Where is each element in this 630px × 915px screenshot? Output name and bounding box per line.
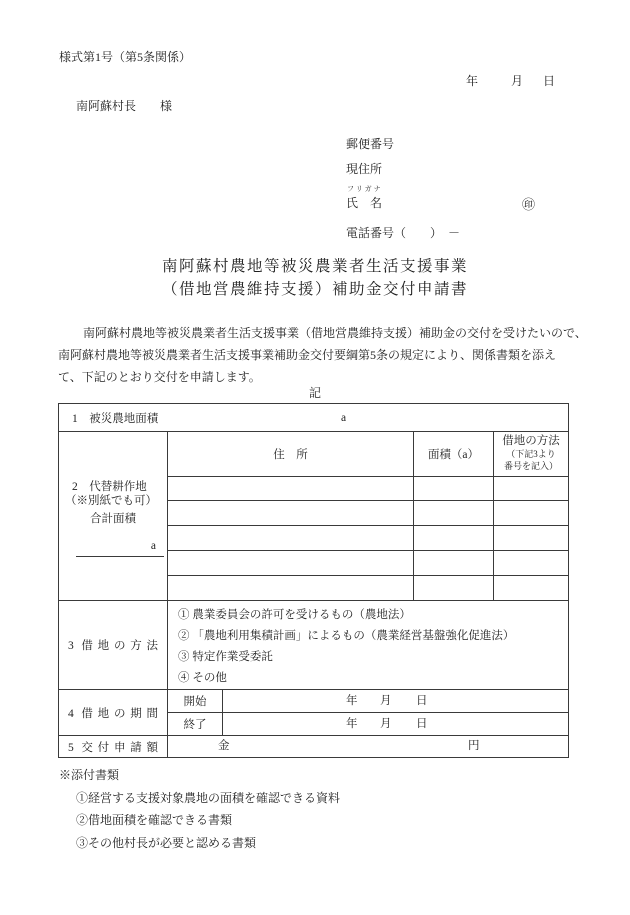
attachments-header: ※添付書類	[59, 766, 119, 783]
requested-amount-label: 5 交付申請額	[59, 739, 167, 755]
method-entry-cell	[494, 526, 569, 551]
method-entry-cell	[494, 501, 569, 526]
document-title: 南阿蘇村農地等被災農業者生活支援事業 （借地営農維持支援）補助金交付申請書	[0, 255, 630, 301]
damaged-farmland-row: 1 被災農地面積 a	[59, 404, 569, 432]
lease-end-date-cell: 年 月 日	[223, 713, 568, 735]
attachment-item: ①経営する支援対象農地の面積を確認できる資料	[76, 789, 340, 806]
damaged-farmland-label: 1 被災農地面積	[72, 410, 158, 426]
date-year-label: 年	[466, 72, 478, 89]
attachment-item: ③その他村長が必要と認める書類	[76, 834, 256, 851]
total-area-unit: a	[151, 540, 156, 552]
body-paragraph-line: 南阿蘇村農地等被災農業者生活支援事業（借地営農維持支援）補助金の交付を受けたいの…	[58, 322, 578, 344]
total-area-input-line: a	[76, 540, 164, 557]
document-title-line1: 南阿蘇村農地等被災農業者生活支援事業	[0, 255, 630, 278]
alternative-land-note: （※別紙でも可）	[65, 494, 157, 508]
address-entry-cell	[168, 576, 414, 601]
phone-number-label: 電話番号（ ） －	[346, 224, 460, 241]
address-entry-cell	[168, 476, 414, 501]
document-title-line2: （借地営農維持支援）補助金交付申請書	[0, 278, 630, 301]
date-month-label: 月	[380, 690, 392, 712]
current-address-label: 現住所	[346, 160, 382, 177]
postal-code-label: 郵便番号	[346, 135, 394, 152]
method-entry-cell	[494, 576, 569, 601]
record-mark: 記	[0, 384, 630, 401]
date-year-label: 年	[346, 690, 358, 712]
furigana-label: フリガナ	[347, 184, 383, 194]
date-day-label: 日	[543, 72, 555, 89]
attachment-item: ②借地面積を確認できる書類	[76, 811, 232, 828]
lease-method-option: ③ 特定作業受委託	[178, 647, 568, 668]
name-label: 氏 名	[346, 194, 382, 211]
area-entry-cell	[414, 576, 494, 601]
column-header-method: 借地の方法 （下記3より 番号を記入）	[494, 432, 569, 477]
lease-period-label: 4 借地の期間	[59, 705, 167, 721]
lease-method-options: ① 農業委員会の許可を受けるもの（農地法） ② 「農地利用集積計画」によるもの（…	[168, 601, 568, 689]
column-header-address: 住 所	[168, 432, 414, 477]
date-month-label: 月	[380, 713, 392, 735]
alternative-land-header-row: 2 代替耕作地 （※別紙でも可） 合計面積 a 住 所 面積（a） 借地の方法 …	[59, 432, 569, 477]
date-month-label: 月	[511, 72, 523, 89]
alternative-land-label-cell: 2 代替耕作地 （※別紙でも可） 合計面積 a	[59, 432, 167, 600]
lease-start-date-cell: 年 月 日	[223, 690, 568, 712]
body-paragraph-line: 南阿蘇村農地等被災農業者生活支援事業補助金交付要綱第5条の規定により、関係書類を…	[58, 344, 578, 366]
lease-method-option: ② 「農地利用集積計画」によるもの（農業経営基盤強化促進法）	[178, 626, 568, 647]
area-entry-cell	[414, 476, 494, 501]
amount-prefix-label: 金	[218, 736, 230, 757]
lease-method-option: ① 農業委員会の許可を受けるもの（農地法）	[178, 605, 568, 626]
method-entry-cell	[494, 551, 569, 576]
column-header-area: 面積（a）	[414, 432, 494, 477]
seal-stamp-icon: ㊞	[522, 194, 535, 213]
lease-period-start-row: 4 借地の期間 開始 年 月 日	[59, 690, 569, 713]
requested-amount-row: 5 交付申請額 金 円	[59, 736, 569, 758]
column-header-method-title: 借地の方法	[494, 435, 568, 448]
method-entry-cell	[494, 476, 569, 501]
addressee-line: 南阿蘇村長 様	[76, 97, 172, 114]
form-number: 様式第1号（第5条関係）	[59, 48, 191, 65]
date-day-label: 日	[416, 713, 428, 735]
column-header-method-note1: （下記3より	[494, 448, 568, 460]
total-area-label: 合計面積	[59, 510, 167, 526]
lease-method-option: ④ その他	[178, 668, 568, 689]
body-paragraph: 南阿蘇村農地等被災農業者生活支援事業（借地営農維持支援）補助金の交付を受けたいの…	[58, 322, 578, 388]
lease-method-row: 3 借地の方法 ① 農業委員会の許可を受けるもの（農地法） ② 「農地利用集積計…	[59, 601, 569, 690]
column-header-method-note2: 番号を記入）	[494, 460, 568, 472]
amount-suffix-label: 円	[468, 736, 480, 757]
lease-end-label: 終了	[168, 713, 223, 736]
lease-start-label: 開始	[168, 690, 223, 713]
area-entry-cell	[414, 501, 494, 526]
date-year-label: 年	[346, 713, 358, 735]
address-entry-cell	[168, 551, 414, 576]
area-entry-cell	[414, 526, 494, 551]
application-table: 1 被災農地面積 a 2 代替耕作地 （※別紙でも可） 合計面積 a	[58, 403, 569, 758]
date-day-label: 日	[416, 690, 428, 712]
alternative-land-label: 2 代替耕作地	[72, 480, 157, 494]
address-entry-cell	[168, 501, 414, 526]
address-entry-cell	[168, 526, 414, 551]
lease-method-label: 3 借地の方法	[59, 637, 167, 653]
damaged-farmland-unit: a	[341, 412, 346, 424]
area-entry-cell	[414, 551, 494, 576]
application-form-page: 様式第1号（第5条関係） 年 月 日 南阿蘇村長 様 郵便番号 現住所 フリガナ…	[0, 0, 630, 915]
requested-amount-cell: 金 円	[168, 736, 568, 757]
